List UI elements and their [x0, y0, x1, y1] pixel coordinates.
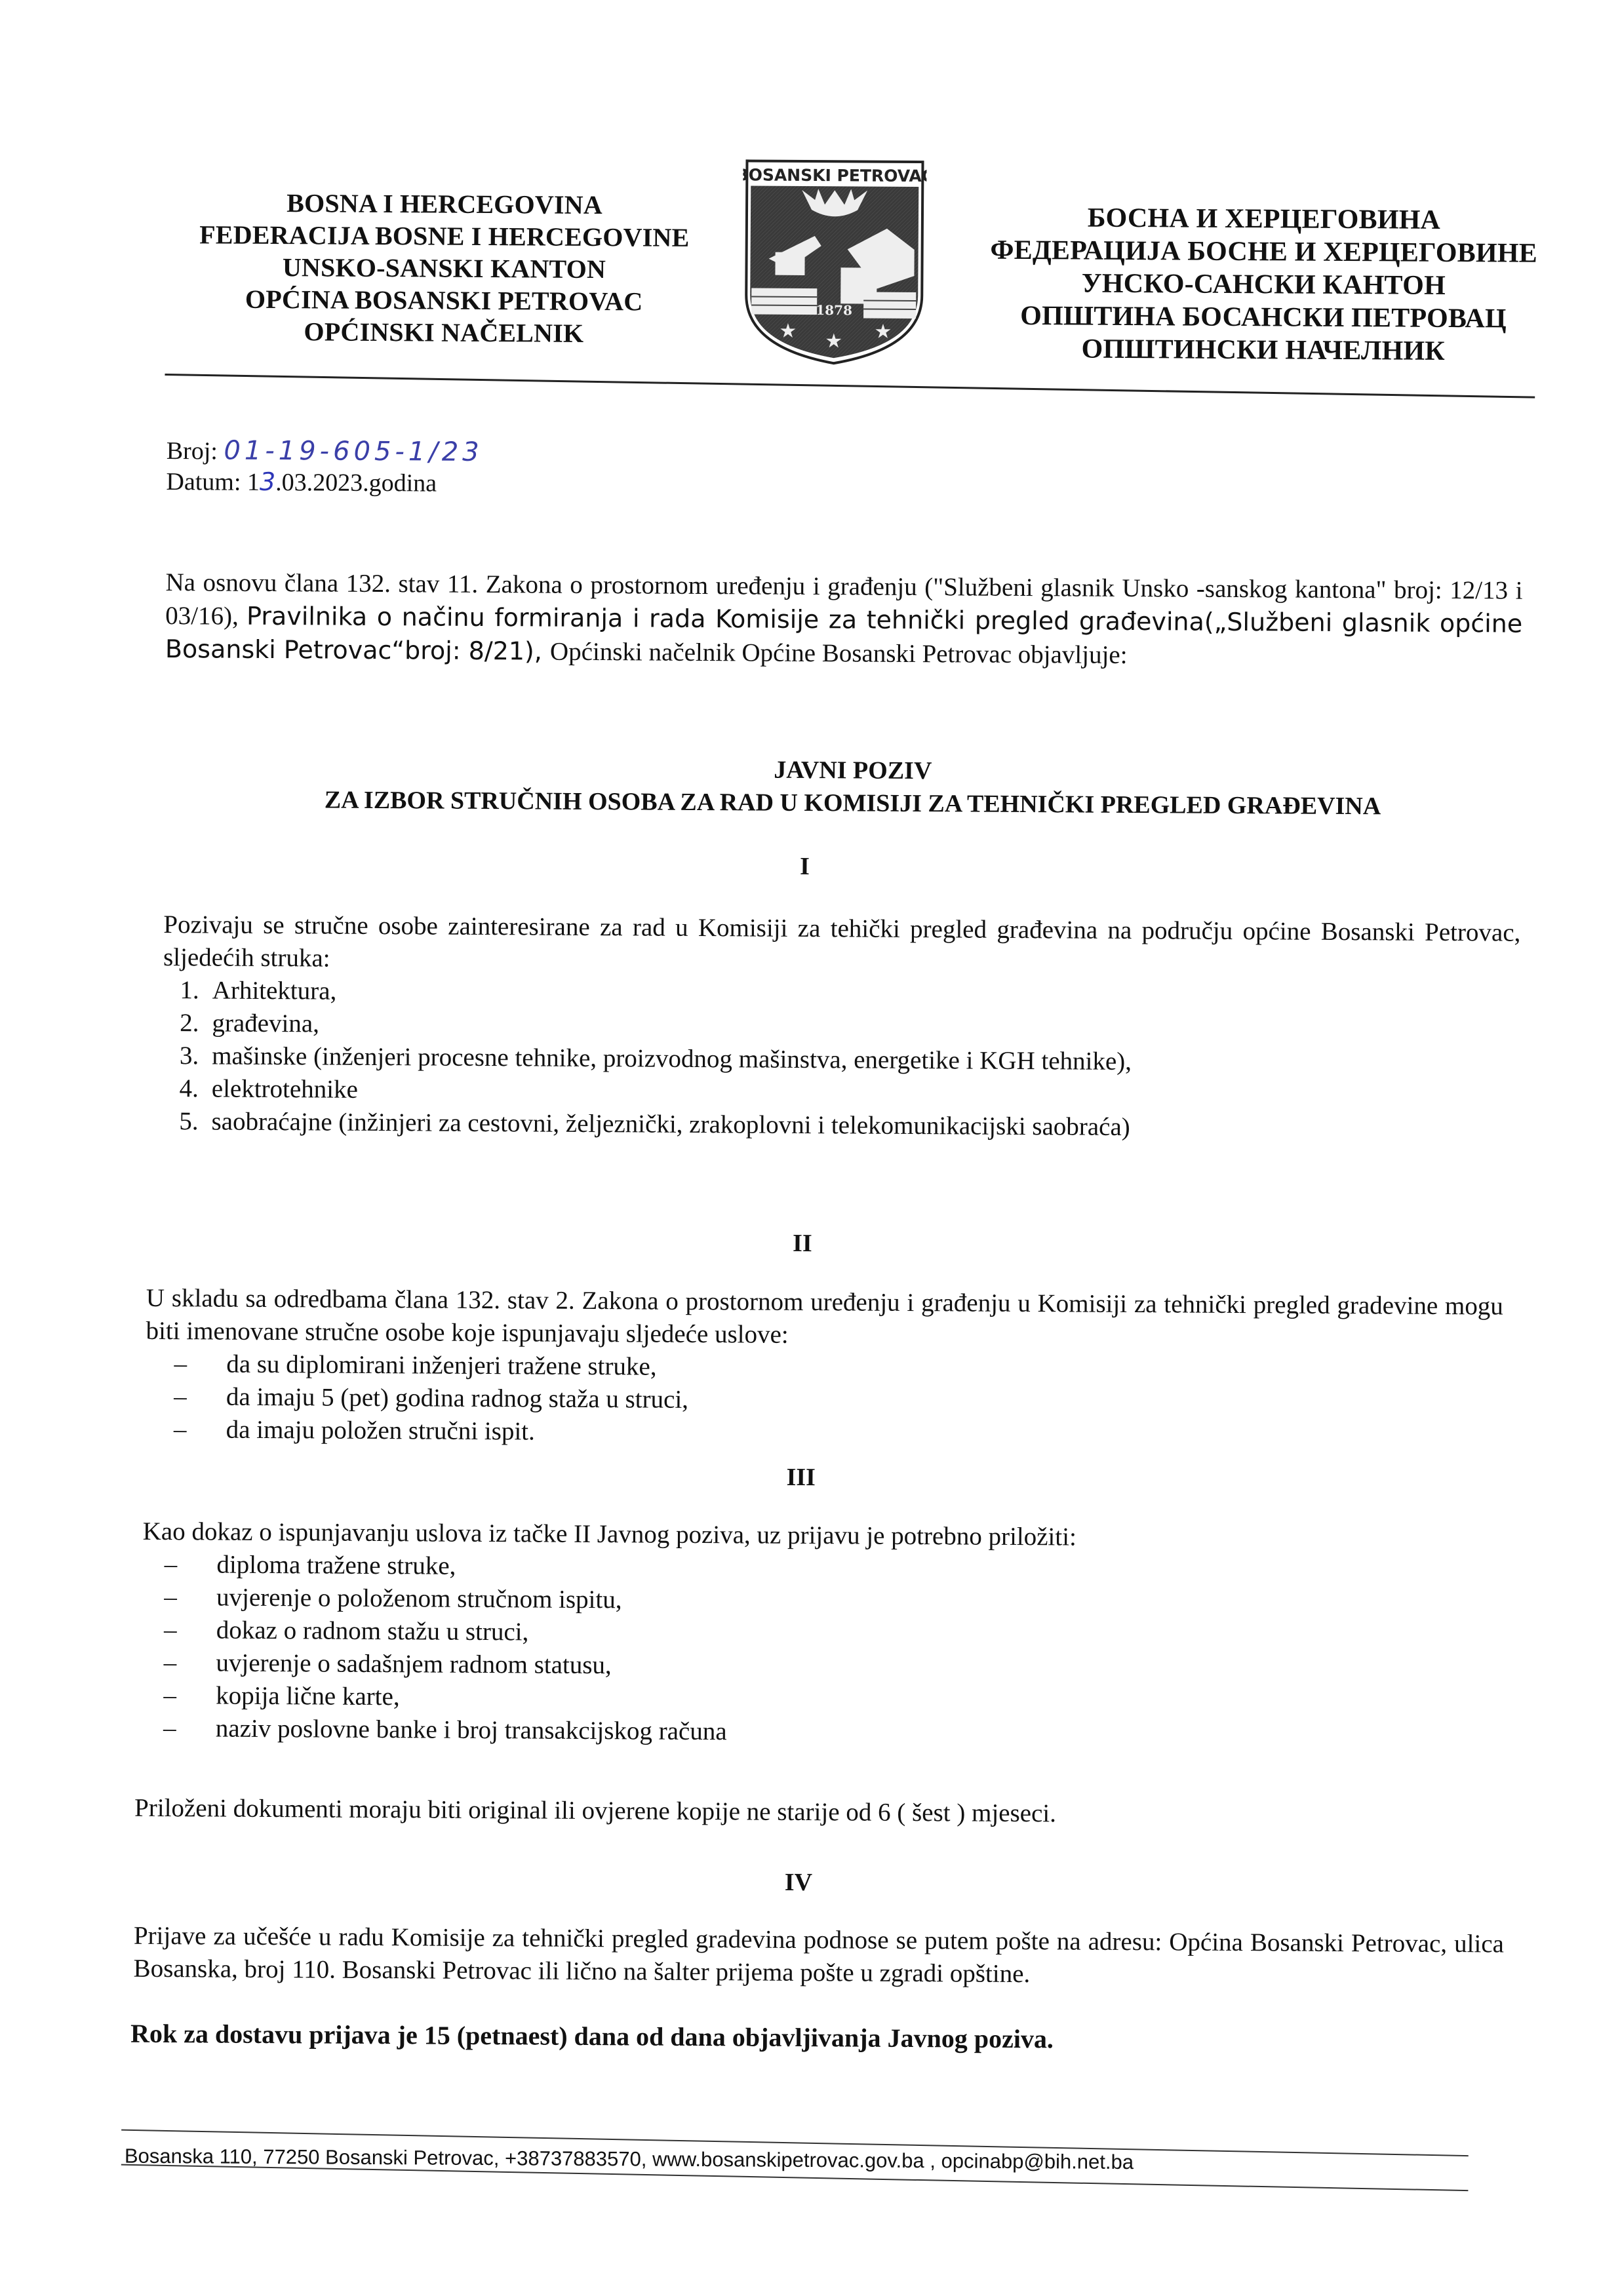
reference-number: Broj: 01-19-605-1/23 [167, 435, 483, 468]
list-item: 4.elektrotehnike [163, 1072, 1132, 1111]
reference-number-label: Broj: [167, 437, 218, 465]
header-federation-cyrillic: ФЕДЕРАЦИЈА БОСНЕ И ХЕРЦЕГОВИНЕ [976, 234, 1552, 270]
document-title: JAVNI POZIV ZA IZBOR STRUČNIH OSOBA ZA R… [164, 750, 1541, 824]
section-3-number: III [0, 1458, 1611, 1496]
reference-date-handwritten-digit: 3 [260, 467, 275, 496]
list-item: 3.mašinske (inženjeri procesne tehnike, … [163, 1040, 1132, 1078]
header-municipality-cyrillic: ОПШТИНА БОСАНСКИ ПЕТРОВАЦ [975, 300, 1552, 336]
reference-date-suffix: .03.2023.godina [275, 469, 437, 497]
section-2-text: U skladu sa odredbama člana 132. stav 2.… [146, 1282, 1503, 1356]
section-3-note: Priloženi dokumenti moraju biti original… [134, 1792, 1492, 1833]
section-1-number: I [0, 847, 1615, 885]
svg-text:★: ★ [825, 330, 842, 353]
section-2-list: –da su diplomirani inženjeri tražene str… [161, 1348, 689, 1449]
list-item: –da su diplomirani inženjeri tražene str… [161, 1348, 688, 1384]
reference-date-prefix: 1 [247, 469, 260, 496]
list-item: –da imaju položen stručni ispit. [161, 1413, 688, 1449]
svg-text:★: ★ [874, 321, 892, 343]
crest-year: 1878 [816, 302, 852, 318]
section-4-text: Prijave za učešće u radu Komisije za teh… [133, 1920, 1504, 1994]
svg-text:★: ★ [779, 320, 797, 343]
section-1-list: 1.Arhitektura, 2.građevina, 3.mašinske (… [162, 974, 1132, 1144]
list-item: 1.Arhitektura, [163, 974, 1132, 1013]
header-canton: UNSKO-SANSKI KANTON [195, 250, 693, 286]
list-item: –da imaju 5 (pet) godina radnog staža u … [161, 1380, 688, 1416]
reference-number-value: 01-19-605-1/23 [224, 436, 483, 467]
list-item: –uvjerenje o sadašnjem radnom statusu, [150, 1646, 727, 1683]
list-item: 5.saobraćajne (inžinjeri za cestovni, že… [162, 1105, 1131, 1144]
intro-paragraph: Na osnovu člana 132. stav 11. Zakona o p… [165, 566, 1523, 674]
header-country-cyrillic: БОСНА И ХЕРЦЕГОВИНА [976, 201, 1552, 237]
document-page: BOSNA I HERCEGOVINA FEDERACIJA BOSNE I H… [0, 0, 1620, 2296]
list-item: –uvjerenje o položenom stručnom ispitu, [151, 1581, 728, 1617]
header-country: BOSNA I HERCEGOVINA [195, 186, 694, 222]
footer-contact: Bosanska 110, 77250 Bosanski Petrovac, +… [125, 2145, 1134, 2174]
header-office: OPĆINSKI NAČELNIK [195, 315, 693, 350]
reference-date-label: Datum: [166, 468, 241, 496]
reference-block: Broj: 01-19-605-1/23 Datum: 13.03.2023.g… [166, 435, 483, 499]
list-item: –diploma tražene struke, [151, 1548, 728, 1584]
section-1-text: Pozivaju se stručne osobe zainteresirane… [163, 908, 1521, 983]
header-latin: BOSNA I HERCEGOVINA FEDERACIJA BOSNE I H… [195, 186, 694, 350]
header-federation: FEDERACIJA BOSNE I HERCEGOVINE [195, 218, 694, 254]
deadline-notice: Rok za dostavu prijava je 15 (petnaest) … [130, 2018, 1054, 2055]
list-item: –kopija lične karte, [150, 1679, 727, 1715]
list-item: 2.građevina, [163, 1007, 1132, 1045]
header-cyrillic: БОСНА И ХЕРЦЕГОВИНА ФЕДЕРАЦИЈА БОСНЕ И Х… [975, 201, 1553, 368]
section-3-list: –diploma tražene struke, –uvjerenje o po… [150, 1548, 728, 1748]
header-office-cyrillic: ОПШТИНСКИ НАЧЕЛНИК [975, 332, 1552, 368]
header-municipality: OPĆINA BOSANSKI PETROVAC [195, 282, 693, 318]
list-item: –dokaz o radnom stažu u struci, [151, 1614, 728, 1650]
municipal-crest-icon: BOSANSKI PETROVAC 1878 ★★★ [742, 157, 927, 368]
header-divider [165, 374, 1535, 399]
intro-part-3: Općinski načelnik Općine Bosanski Petrov… [550, 638, 1128, 669]
header-canton-cyrillic: УНСКО-САНСКИ КАНТОН [975, 267, 1552, 303]
crest-banner: BOSANSKI PETROVAC [742, 165, 927, 185]
list-item: –naziv poslovne banke i broj transakcijs… [150, 1712, 727, 1748]
section-2-number: II [0, 1224, 1613, 1262]
reference-date: Datum: 13.03.2023.godina [166, 466, 483, 499]
section-4-number: IV [0, 1863, 1609, 1901]
